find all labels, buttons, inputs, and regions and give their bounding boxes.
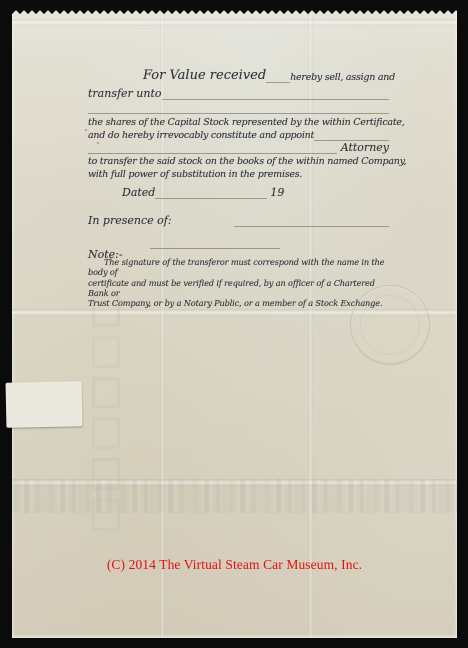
form-line-shares: the shares of the Capital Stock represen…	[88, 114, 389, 128]
ink-speck	[85, 129, 87, 131]
dated-label: Dated	[122, 186, 155, 199]
form-line-value-received: For Value received hereby sell, assign a…	[88, 69, 389, 83]
form-blank-line	[88, 100, 389, 114]
stock-transfer-form: For Value received hereby sell, assign a…	[88, 9, 389, 309]
showthrough-border-band	[12, 479, 457, 513]
form-line-substitution: with full power of substitution in the p…	[88, 166, 389, 180]
note-paragraph: The signature of the transferor must cor…	[88, 257, 389, 308]
sell-assign-text: hereby sell, assign and	[290, 72, 395, 83]
blank-assignee-line	[162, 88, 389, 100]
note-line-1: The signature of the transferor must cor…	[88, 257, 389, 278]
certificate-paper: For Value received hereby sell, assign a…	[12, 9, 457, 638]
form-line-books: to transfer the said stock on the books …	[88, 153, 389, 167]
tape-repair-patch	[6, 381, 83, 428]
blank-assignee-line-2	[88, 102, 389, 114]
blank-date-line	[155, 187, 267, 199]
note-line-2: certificate and must be verified if requ…	[88, 278, 389, 299]
year-prefix: 19	[267, 186, 284, 199]
form-line-attorney: Attorney	[88, 140, 389, 154]
copyright-watermark: (C) 2014 The Virtual Steam Car Museum, I…	[12, 557, 457, 573]
blank-seller-line	[266, 71, 290, 83]
note-line-3: Trust Company, or by a Notary Public, or…	[88, 298, 389, 308]
deckled-top-edge	[12, 9, 457, 14]
showthrough-glyph	[92, 377, 120, 409]
transfer-unto-label: transfer unto	[88, 87, 162, 100]
form-line-appoint: and do hereby irrevocably constitute and…	[88, 127, 389, 141]
showthrough-glyph	[92, 417, 120, 449]
scanned-certificate-photo: For Value received hereby sell, assign a…	[0, 0, 468, 648]
form-line-presence: In presence of:	[88, 213, 389, 227]
substitution-text: with full power of substitution in the p…	[88, 169, 302, 180]
presence-label: In presence of:	[88, 214, 172, 227]
form-line-transfer-unto: transfer unto	[88, 86, 389, 100]
form-line-dated: Dated 19	[88, 185, 389, 199]
blank-witness-line	[234, 215, 389, 227]
value-received-label: For Value received	[143, 68, 266, 83]
showthrough-glyph	[92, 336, 120, 368]
